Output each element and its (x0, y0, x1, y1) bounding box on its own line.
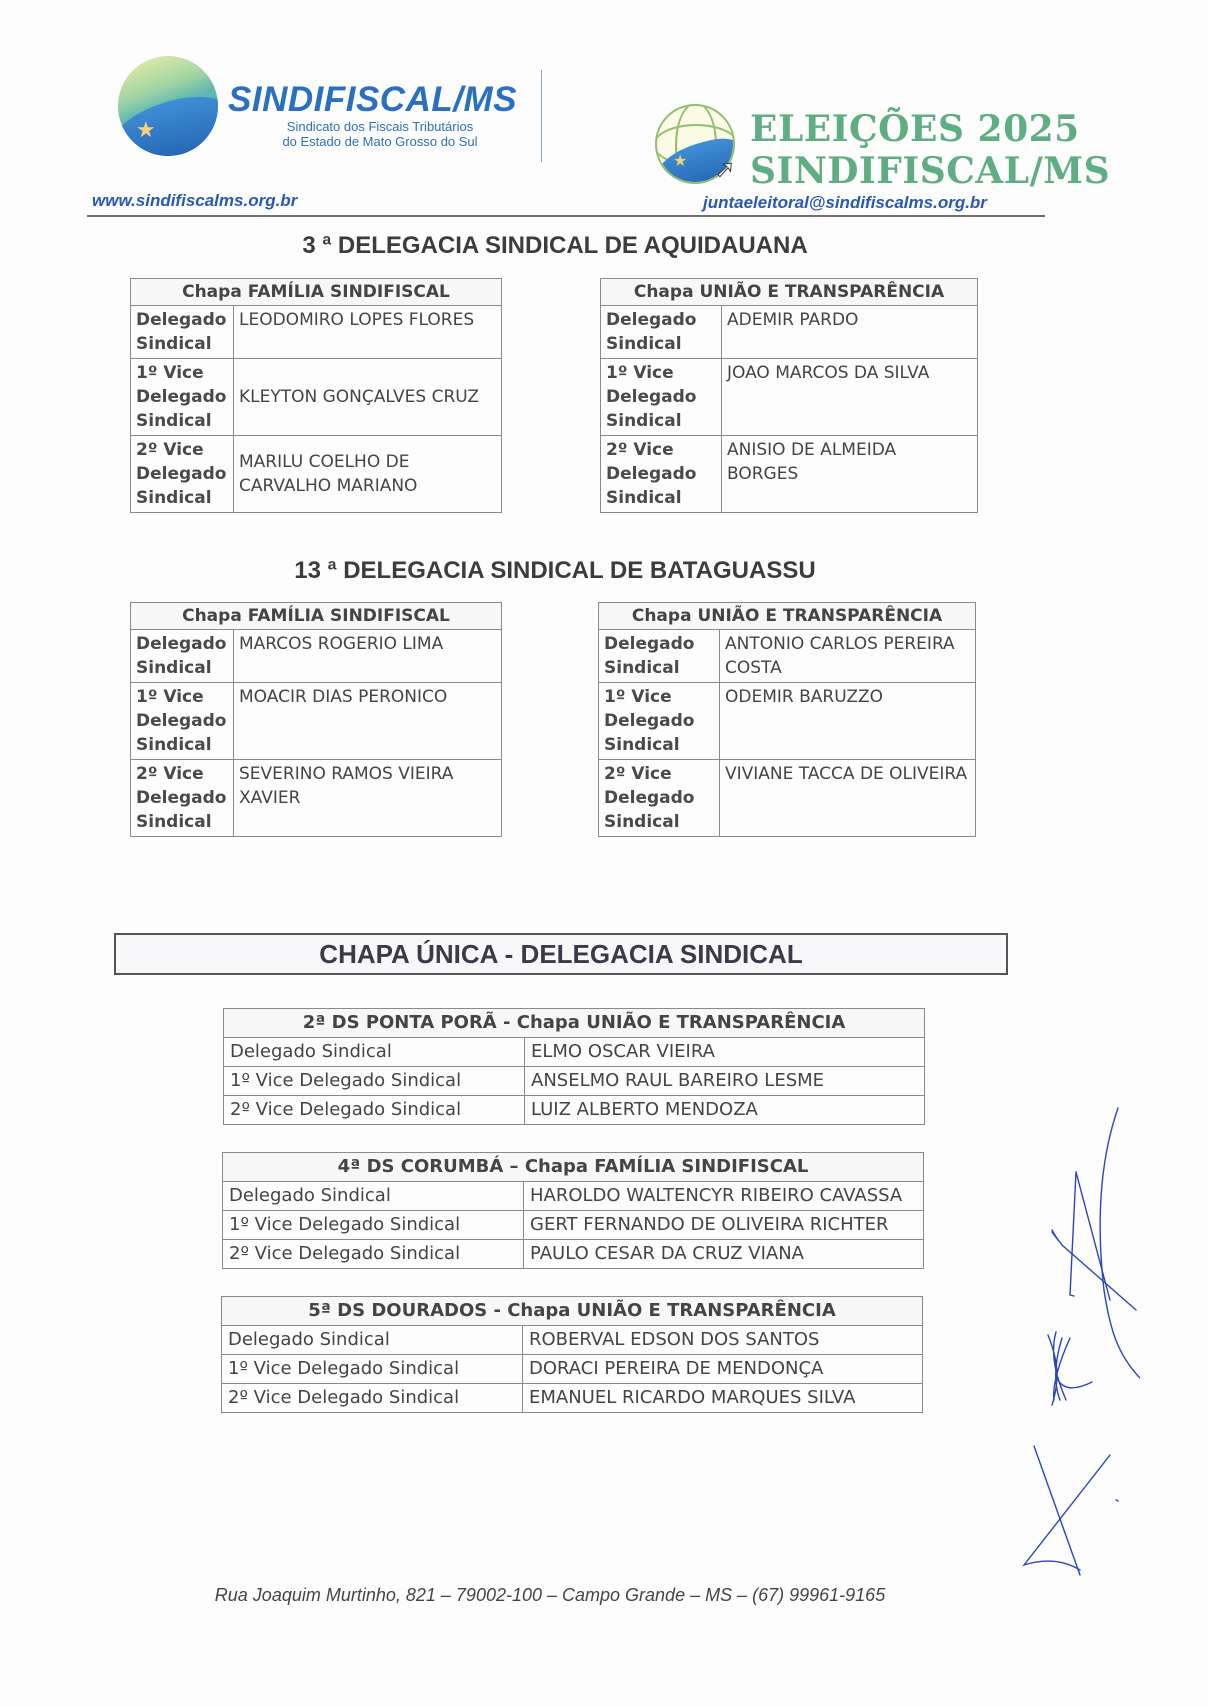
star-icon: ★ (673, 151, 687, 170)
role-label: Delegado Sindical (599, 630, 720, 683)
candidate-name: MOACIR DIAS PERONICO (234, 683, 502, 760)
candidate-name: LEODOMIRO LOPES FLORES (234, 306, 502, 359)
header-divider (541, 70, 542, 162)
brand-subtitle-line1: Sindicato dos Fiscais Tributários (240, 119, 520, 134)
table-row: 1º Vice Delegado SindicalANSELMO RAUL BA… (224, 1067, 925, 1096)
role-label: Delegado Sindical (222, 1326, 523, 1355)
candidate-name: ANISIO DE ALMEIDA BORGES (722, 436, 978, 513)
candidate-name: PAULO CESAR DA CRUZ VIANA (524, 1240, 924, 1269)
role-label: 2º Vice Delegado Sindical (131, 760, 234, 837)
table-row: 2º Vice Delegado SindicalMARILU COELHO D… (131, 436, 502, 513)
election-title: ELEIÇÕES 2025 SINDIFISCAL/MS (750, 108, 1110, 192)
role-label: 1º Vice Delegado Sindical (223, 1211, 524, 1240)
table-row: 2º Vice Delegado SindicalVIVIANE TACCA D… (599, 760, 976, 837)
chapa-table-aquidauana-familia: Chapa FAMÍLIA SINDIFISCAL Delegado Sindi… (130, 278, 502, 513)
signatures-icon (1000, 1100, 1140, 1600)
candidate-name: ANSELMO RAUL BAREIRO LESME (525, 1067, 925, 1096)
candidate-name: ADEMIR PARDO (722, 306, 978, 359)
candidate-name: SEVERINO RAMOS VIEIRA XAVIER (234, 760, 502, 837)
role-label: 2º Vice Delegado Sindical (223, 1240, 524, 1269)
role-label: 1º Vice Delegado Sindical (224, 1067, 525, 1096)
chapa-title: Chapa UNIÃO E TRANSPARÊNCIA (599, 603, 976, 630)
role-label: 2º Vice Delegado Sindical (222, 1384, 523, 1413)
section-heading-bataguassu: 13 ª DELEGACIA SINDICAL DE BATAGUASSU (0, 557, 1110, 585)
role-label: 2º Vice Delegado Sindical (131, 436, 234, 513)
candidate-name: ANTONIO CARLOS PEREIRA COSTA (720, 630, 976, 683)
candidate-name: MARILU COELHO DE CARVALHO MARIANO (234, 436, 502, 513)
chapa-unica-table-corumba: 4ª DS CORUMBÁ – Chapa FAMÍLIA SINDIFISCA… (222, 1152, 924, 1269)
table-row: 1º Vice Delegado SindicalKLEYTON GONÇALV… (131, 359, 502, 436)
candidate-name: EMANUEL RICARDO MARQUES SILVA (523, 1384, 923, 1413)
chapa-title: 4ª DS CORUMBÁ – Chapa FAMÍLIA SINDIFISCA… (223, 1153, 924, 1182)
star-icon: ★ (136, 118, 156, 143)
brand-name: SINDIFISCAL/MS (228, 80, 517, 120)
table-row: Delegado SindicalMARCOS ROGERIO LIMA (131, 630, 502, 683)
chapa-title: Chapa UNIÃO E TRANSPARÊNCIA (601, 279, 978, 306)
candidate-name: VIVIANE TACCA DE OLIVEIRA (720, 760, 976, 837)
sindifiscal-logo-icon: ★ (118, 56, 218, 156)
role-label: 1º Vice Delegado Sindical (599, 683, 720, 760)
chapa-table-bataguassu-uniao: Chapa UNIÃO E TRANSPARÊNCIA Delegado Sin… (598, 602, 976, 837)
chapa-table-bataguassu-familia: Chapa FAMÍLIA SINDIFISCAL Delegado Sindi… (130, 602, 502, 837)
role-label: 2º Vice Delegado Sindical (601, 436, 722, 513)
role-label: Delegado Sindical (224, 1038, 525, 1067)
table-row: 2º Vice Delegado SindicalANISIO DE ALMEI… (601, 436, 978, 513)
table-row: Delegado SindicalHAROLDO WALTENCYR RIBEI… (223, 1182, 924, 1211)
table-row: 2º Vice Delegado SindicalSEVERINO RAMOS … (131, 760, 502, 837)
chapa-title: 2ª DS PONTA PORÃ - Chapa UNIÃO E TRANSPA… (224, 1009, 925, 1038)
candidate-name: ELMO OSCAR VIEIRA (525, 1038, 925, 1067)
table-row: 1º Vice Delegado SindicalJOAO MARCOS DA … (601, 359, 978, 436)
table-row: 2º Vice Delegado SindicalEMANUEL RICARDO… (222, 1384, 923, 1413)
table-row: Delegado SindicalLEODOMIRO LOPES FLORES (131, 306, 502, 359)
role-label: 1º Vice Delegado Sindical (131, 683, 234, 760)
table-row: 1º Vice Delegado SindicalDORACI PEREIRA … (222, 1355, 923, 1384)
role-label: Delegado Sindical (223, 1182, 524, 1211)
chapa-title: Chapa FAMÍLIA SINDIFISCAL (131, 603, 502, 630)
candidate-name: JOAO MARCOS DA SILVA (722, 359, 978, 436)
election-title-line1: ELEIÇÕES 2025 (750, 108, 1110, 150)
candidate-name: MARCOS ROGERIO LIMA (234, 630, 502, 683)
table-row: 2º Vice Delegado SindicalPAULO CESAR DA … (223, 1240, 924, 1269)
table-row: Delegado SindicalANTONIO CARLOS PEREIRA … (599, 630, 976, 683)
cursor-icon: ➚ (715, 155, 735, 183)
role-label: 2º Vice Delegado Sindical (599, 760, 720, 837)
role-label: 1º Vice Delegado Sindical (601, 359, 722, 436)
candidate-name: ODEMIR BARUZZO (720, 683, 976, 760)
candidate-name: HAROLDO WALTENCYR RIBEIRO CAVASSA (524, 1182, 924, 1211)
header-rule (87, 215, 1045, 217)
role-label: 1º Vice Delegado Sindical (131, 359, 234, 436)
table-row: 1º Vice Delegado SindicalODEMIR BARUZZO (599, 683, 976, 760)
table-row: 1º Vice Delegado SindicalGERT FERNANDO D… (223, 1211, 924, 1240)
candidate-name: LUIZ ALBERTO MENDOZA (525, 1096, 925, 1125)
table-row: 1º Vice Delegado SindicalMOACIR DIAS PER… (131, 683, 502, 760)
chapa-unica-table-ponta-pora: 2ª DS PONTA PORÃ - Chapa UNIÃO E TRANSPA… (223, 1008, 925, 1125)
section-heading-aquidauana: 3 ª DELEGACIA SINDICAL DE AQUIDAUANA (0, 232, 1110, 260)
chapa-unica-heading: CHAPA ÚNICA - DELEGACIA SINDICAL (114, 933, 1008, 975)
chapa-title: Chapa FAMÍLIA SINDIFISCAL (131, 279, 502, 306)
brand-subtitle-line2: do Estado de Mato Grosso do Sul (240, 134, 520, 149)
chapa-unica-table-dourados: 5ª DS DOURADOS - Chapa UNIÃO E TRANSPARÊ… (221, 1296, 923, 1413)
footer-address: Rua Joaquim Murtinho, 821 – 79002-100 – … (0, 1585, 1100, 1606)
candidate-name: DORACI PEREIRA DE MENDONÇA (523, 1355, 923, 1384)
candidate-name: ROBERVAL EDSON DOS SANTOS (523, 1326, 923, 1355)
table-row: Delegado SindicalADEMIR PARDO (601, 306, 978, 359)
candidate-name: GERT FERNANDO DE OLIVEIRA RICHTER (524, 1211, 924, 1240)
role-label: Delegado Sindical (601, 306, 722, 359)
table-row: Delegado SindicalELMO OSCAR VIEIRA (224, 1038, 925, 1067)
table-row: Delegado SindicalROBERVAL EDSON DOS SANT… (222, 1326, 923, 1355)
election-title-line2: SINDIFISCAL/MS (750, 150, 1110, 192)
role-label: 2º Vice Delegado Sindical (224, 1096, 525, 1125)
brand-subtitle: Sindicato dos Fiscais Tributários do Est… (240, 119, 520, 149)
role-label: Delegado Sindical (131, 306, 234, 359)
table-row: 2º Vice Delegado SindicalLUIZ ALBERTO ME… (224, 1096, 925, 1125)
role-label: Delegado Sindical (131, 630, 234, 683)
role-label: 1º Vice Delegado Sindical (222, 1355, 523, 1384)
chapa-title: 5ª DS DOURADOS - Chapa UNIÃO E TRANSPARÊ… (222, 1297, 923, 1326)
website-link[interactable]: www.sindifiscalms.org.br (92, 191, 297, 211)
candidate-name: KLEYTON GONÇALVES CRUZ (234, 359, 502, 436)
chapa-table-aquidauana-uniao: Chapa UNIÃO E TRANSPARÊNCIA Delegado Sin… (600, 278, 978, 513)
email-link[interactable]: juntaeleitoral@sindifiscalms.org.br (703, 193, 987, 213)
